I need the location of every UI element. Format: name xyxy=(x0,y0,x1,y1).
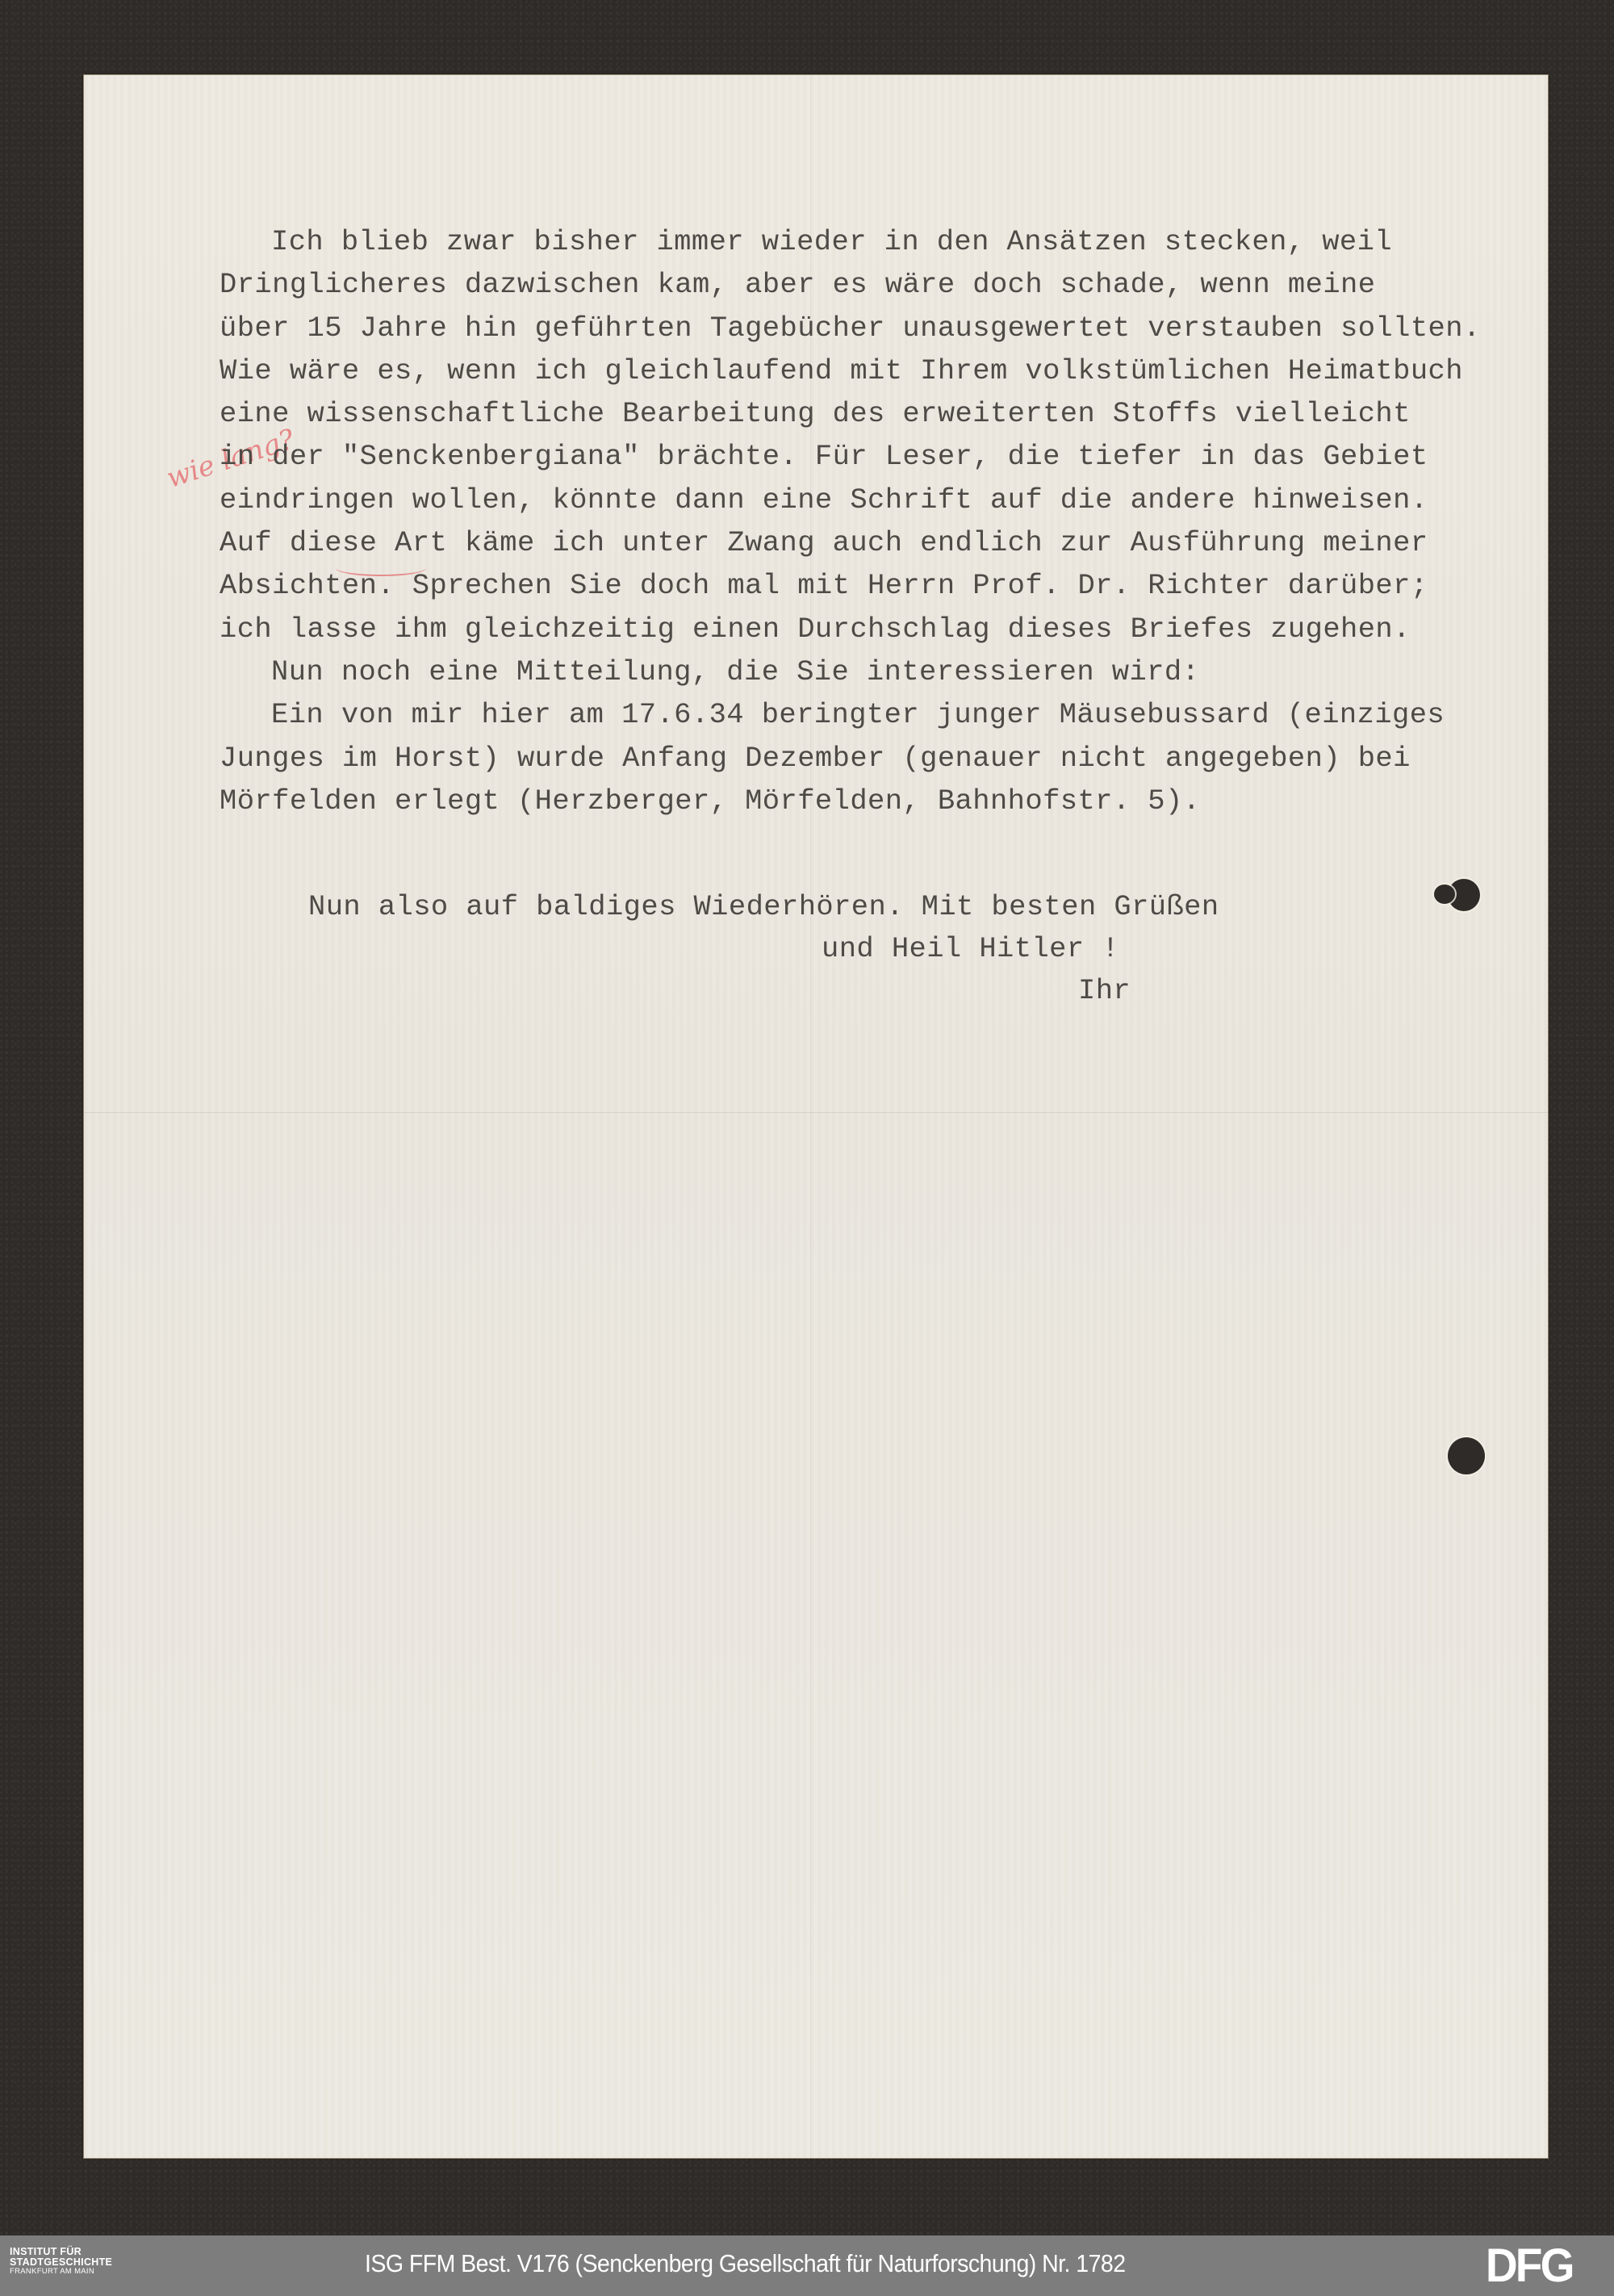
letter-line: Auf diese Art käme ich unter Zwang auch … xyxy=(220,521,1591,564)
closing-greeting: Nun also auf baldiges Wiederhören. Mit b… xyxy=(308,890,1219,923)
letter-line: ich lasse ihm gleichzeitig einen Durchsc… xyxy=(220,608,1591,650)
scan-backdrop: wie lang? Ich blieb zwar bisher immer wi… xyxy=(0,0,1614,2235)
letter-line: Absichten. Sprechen Sie doch mal mit Her… xyxy=(220,564,1591,607)
archive-reference-title: ISG FFM Best. V176 (Senckenberg Gesellsc… xyxy=(365,2249,1126,2278)
letter-line: Mörfelden erlegt (Herzberger, Mörfelden,… xyxy=(220,780,1591,822)
letter-line: in der "Senckenbergiana" brächte. Für Le… xyxy=(220,435,1591,478)
closing-signoff: Ihr xyxy=(1078,974,1131,1007)
institution-line-3: FRANKFURT AM MAIN xyxy=(10,2268,112,2276)
fold-crease-horizontal xyxy=(84,1112,1548,1113)
letter-line: Ich blieb zwar bisher immer wieder in de… xyxy=(220,220,1591,263)
letter-line: Wie wäre es, wenn ich gleichlaufend mit … xyxy=(220,349,1591,392)
letter-line: Dringlicheres dazwischen kam, aber es wä… xyxy=(220,263,1591,306)
letter-page: wie lang? Ich blieb zwar bisher immer wi… xyxy=(83,74,1549,2159)
letter-line: Nun noch eine Mitteilung, die Sie intere… xyxy=(220,650,1591,693)
dfg-logo: DFG xyxy=(1486,2241,1573,2291)
letter-line: über 15 Jahre hin geführten Tagebücher u… xyxy=(220,307,1591,349)
institution-logo: INSTITUT FÜR STADTGESCHICHTE FRANKFURT A… xyxy=(10,2247,112,2276)
archive-footer-bar: INSTITUT FÜR STADTGESCHICHTE FRANKFURT A… xyxy=(0,2235,1614,2296)
letter-line: eine wissenschaftliche Bearbeitung des e… xyxy=(220,392,1591,435)
closing-salutation: und Heil Hitler ! xyxy=(822,932,1119,965)
letter-line: Ein von mir hier am 17.6.34 beringter ju… xyxy=(220,693,1591,736)
punch-hole-lower xyxy=(1448,1437,1485,1474)
letter-line: eindringen wollen, könnte dann eine Schr… xyxy=(220,479,1591,521)
letter-line: Junges im Horst) wurde Anfang Dezember (… xyxy=(220,737,1591,780)
letter-body: Ich blieb zwar bisher immer wieder in de… xyxy=(220,220,1591,822)
punch-hole-upper-tear xyxy=(1434,885,1455,904)
